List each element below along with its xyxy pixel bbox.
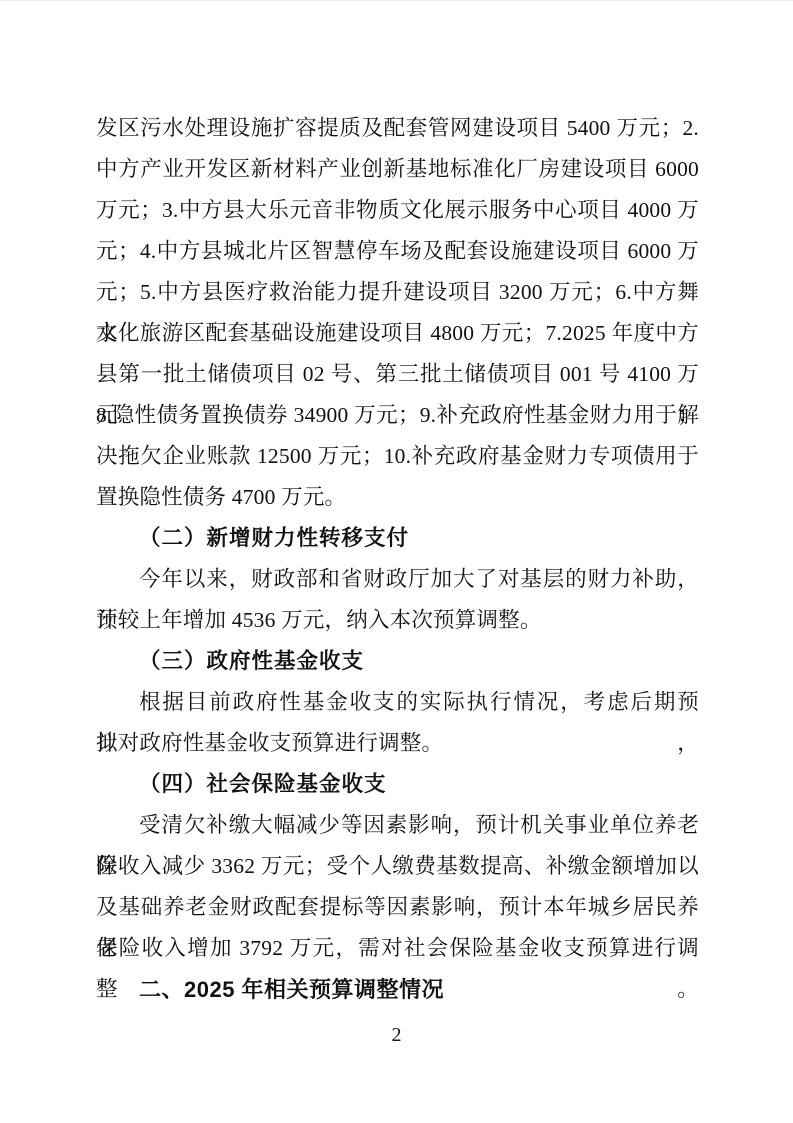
document-page: 发区污水处理设施扩容提质及配套管网建设项目 5400 万元；2. 中方产业开发区… — [0, 1, 793, 1123]
body-line-paragraph-end: 置换隐性债务 4700 万元。 — [96, 477, 699, 518]
body-line-paragraph-end: 计较上年增加 4536 万元，纳入本次预算调整。 — [96, 600, 699, 641]
body-line-paragraph-start: 根据目前政府性基金收支的实际执行情况，考虑后期预计， — [96, 682, 699, 723]
body-line: 及基础养老金财政配套提标等因素影响，预计本年城乡居民养老 — [96, 887, 699, 928]
body-line: 文化旅游区配套基础设施建设项目 4800 万元；7.2025 年度中方 — [96, 313, 699, 354]
body-line-paragraph-start: 受清欠补缴大幅减少等因素影响，预计机关事业单位养老保 — [96, 805, 699, 846]
text-block: 发区污水处理设施扩容提质及配套管网建设项目 5400 万元；2. 中方产业开发区… — [96, 108, 699, 1010]
body-line: 元；4.中方县城北片区智慧停车场及配套设施建设项目 6000 万 — [96, 231, 699, 272]
body-line: 县第一批土储债项目 02 号、第三批土储债项目 001 号 4100 万元； — [96, 354, 699, 395]
body-line: 发区污水处理设施扩容提质及配套管网建设项目 5400 万元；2. — [96, 108, 699, 149]
body-line: 元；5.中方县医疗救治能力提升建设项目 3200 万元；6.中方舞水 — [96, 272, 699, 313]
section-heading-new-transfer-payments: （二）新增财力性转移支付 — [96, 518, 699, 559]
body-line-paragraph-end: 保险收入增加 3792 万元，需对社会保险基金收支预算进行调整。 — [96, 928, 699, 969]
body-line-paragraph-start: 今年以来，财政部和省财政厅加大了对基层的财力补助，预 — [96, 559, 699, 600]
page-number: 2 — [0, 1015, 793, 1056]
body-line: 决拖欠企业账款 12500 万元；10.补充政府基金财力专项债用于 — [96, 436, 699, 477]
section-heading-government-funds: （三）政府性基金收支 — [96, 641, 699, 682]
body-line: 万元；3.中方县大乐元音非物质文化展示服务中心项目 4000 万 — [96, 190, 699, 231]
body-line: 中方产业开发区新材料产业创新基地标准化厂房建设项目 6000 — [96, 149, 699, 190]
body-line: 8.隐性债务置换债券 34900 万元；9.补充政府性基金财力用于解 — [96, 395, 699, 436]
section-heading-social-insurance-funds: （四）社会保险基金收支 — [96, 764, 699, 805]
body-line: 险收入减少 3362 万元；受个人缴费基数提高、补缴金额增加以 — [96, 846, 699, 887]
